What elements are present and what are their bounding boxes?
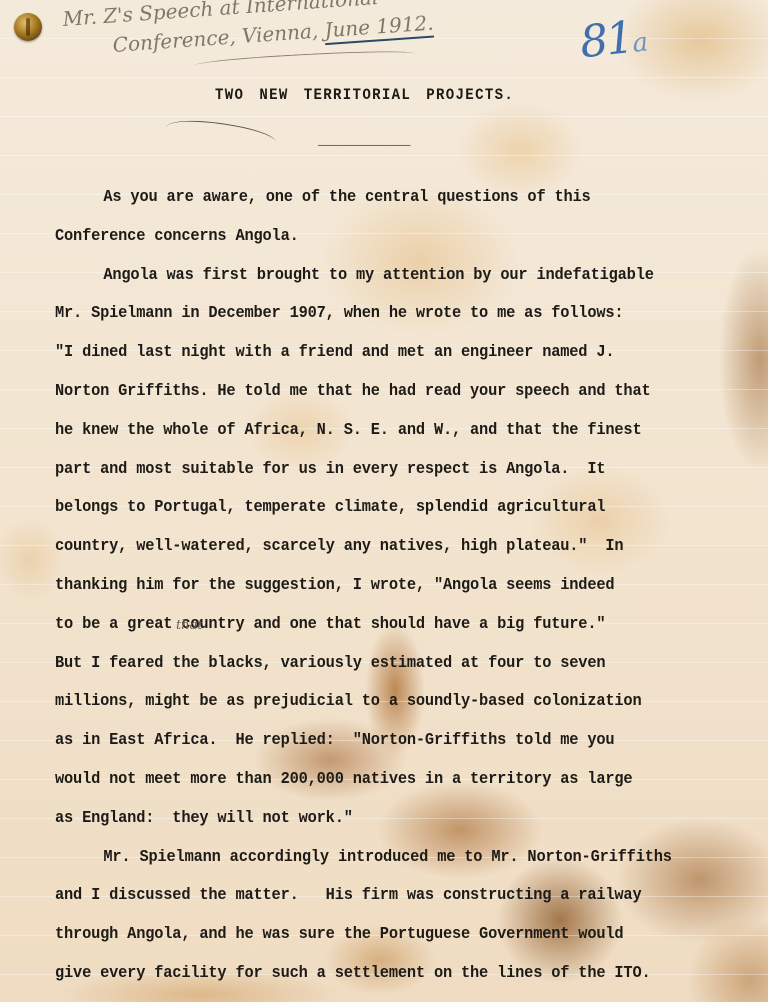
text-line: But I feared the blacks, variously estim… [55,644,725,683]
title-underline: ___________ [318,133,410,149]
text-line: Conference concerns Angola. [55,217,725,256]
text-line: would not meet more than 200,000 natives… [55,760,725,799]
text-line: country, well-watered, scarcely any nati… [55,527,725,566]
text-line: and I discussed the matter. His firm was… [55,876,725,915]
text-line: as in East Africa. He replied: "Norton-G… [55,721,725,760]
text-line: give every facility for such a settlemen… [55,954,725,993]
handwritten-insertion: that [176,618,203,633]
document-title: TWO NEW TERRITORIAL PROJECTS. [215,86,514,104]
text-line: thanking him for the suggestion, I wrote… [55,566,725,605]
pencil-flourish [165,114,277,156]
text-line: through Angola, and he was sure the Port… [55,915,725,954]
handwritten-annotation-date: June 1912. [324,11,435,46]
pencil-underline-stroke [195,48,415,70]
typed-body-text: As you are aware, one of the central que… [55,178,725,993]
folio-number-main: 81 [578,12,635,68]
folio-number-suffix: a [631,28,648,59]
text-line: as England: they will not work." [55,799,725,838]
text-line: Angola was first brought to my attention… [55,256,725,295]
text-line: "I dined last night with a friend and me… [55,333,725,372]
text-line: to be a great country and one that shoul… [55,605,725,644]
text-line: he knew the whole of Africa, N. S. E. an… [55,411,725,450]
text-line: millions, might be as prejudicial to a s… [55,682,725,721]
text-line: belongs to Portugal, temperate climate, … [55,488,725,527]
text-line: Mr. Spielmann accordingly introduced me … [55,838,725,877]
text-line: part and most suitable for us in every r… [55,450,725,489]
brass-fastener-icon [14,13,42,41]
document-page: Mr. Z's Speech at International Conferen… [0,0,768,1002]
text-line: As you are aware, one of the central que… [55,178,725,217]
text-line: Mr. Spielmann in December 1907, when he … [55,294,725,333]
folio-number: 81a [578,11,648,69]
text-line: Norton Griffiths. He told me that he had… [55,372,725,411]
